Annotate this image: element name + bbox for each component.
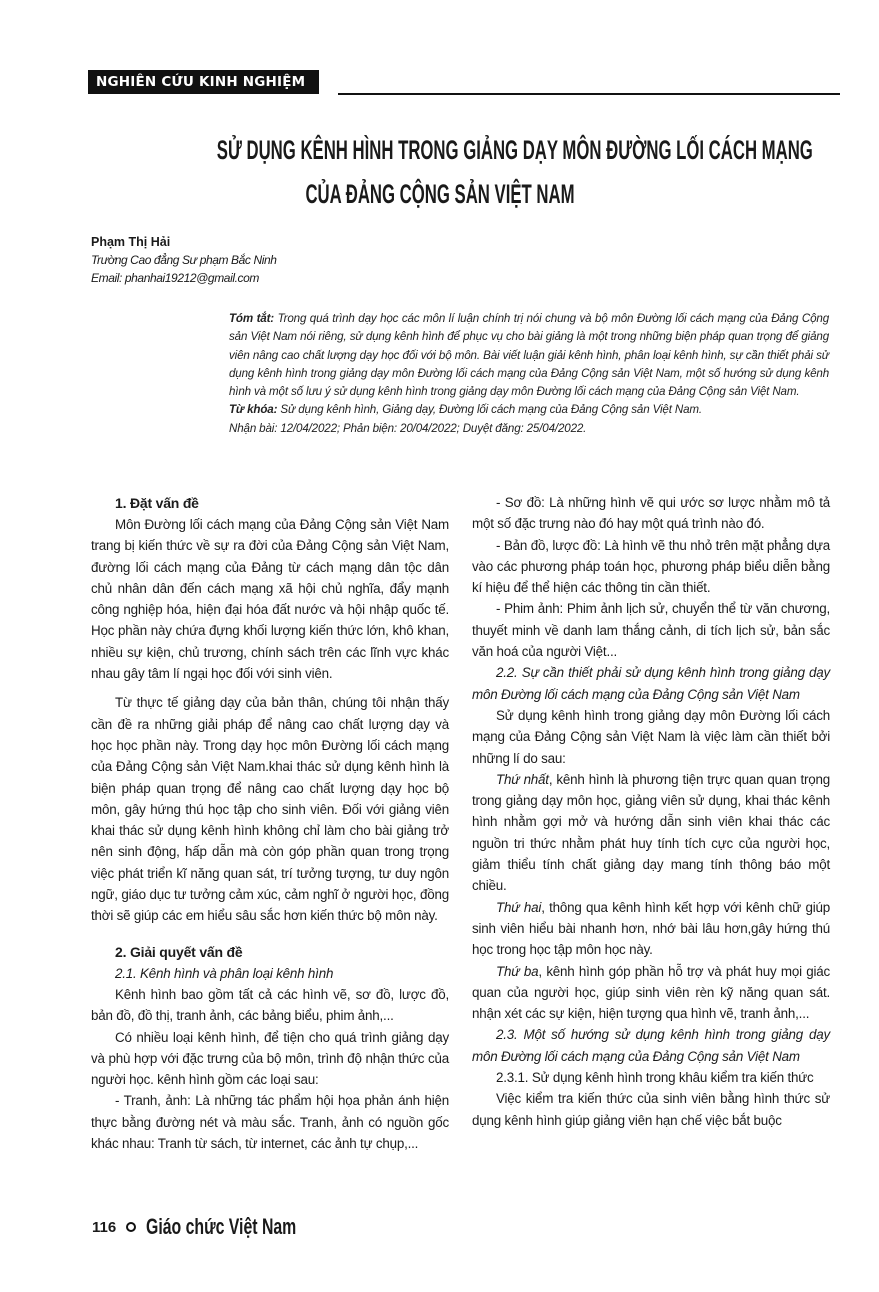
article-title-line-1: SỬ DỤNG KÊNH HÌNH TRONG GIẢNG DẠY MÔN ĐƯ… [217, 128, 663, 172]
lead-third: Thứ ba [496, 964, 538, 979]
paragraph: Sử dụng kênh hình trong giảng dạy môn Đư… [472, 705, 830, 769]
subsection-heading-2-1: 2.1. Kênh hình và phân loại kênh hình [91, 963, 449, 984]
subsection-heading-2-2: 2.2. Sự cần thiết phải sử dụng kênh hình… [472, 662, 830, 705]
paragraph: Thứ nhất, kênh hình là phương tiện trực … [472, 769, 830, 897]
keywords: Từ khóa: Sử dụng kênh hình, Giảng dạy, Đ… [229, 401, 829, 419]
page-number: 116 [92, 1219, 116, 1236]
paragraph: Việc kiểm tra kiến thức của sinh viên bằ… [472, 1088, 830, 1131]
section-label: NGHIÊN CỨU KINH NGHIỆM [88, 70, 319, 94]
paragraph: - Phim ảnh: Phim ảnh lịch sử, chuyển thể… [472, 598, 830, 662]
section-heading-1: 1. Đặt vấn đề [91, 492, 449, 514]
lead-second: Thứ hai [496, 900, 541, 915]
right-column: - Sơ đồ: Là những hình vẽ qui ước sơ lượ… [472, 492, 830, 1131]
paragraph: - Sơ đồ: Là những hình vẽ qui ước sơ lượ… [472, 492, 830, 535]
paragraph: - Tranh, ảnh: Là những tác phẩm hội họa … [91, 1090, 449, 1154]
article-title: SỬ DỤNG KÊNH HÌNH TRONG GIẢNG DẠY MÔN ĐƯ… [217, 128, 663, 216]
article-title-line-2: CỦA ĐẢNG CỘNG SẢN VIỆT NAM [217, 172, 663, 216]
paragraph: Môn Đường lối cách mạng của Đảng Cộng sả… [91, 514, 449, 684]
header-rule [338, 93, 840, 95]
author-name: Phạm Thị Hải [91, 233, 277, 251]
paragraph: Thứ ba, kênh hình góp phần hỗ trợ và phá… [472, 961, 830, 1025]
left-column: 1. Đặt vấn đề Môn Đường lối cách mạng củ… [91, 492, 449, 1154]
subsection-heading-2-3-1: 2.3.1. Sử dụng kênh hình trong khâu kiểm… [472, 1067, 830, 1088]
circle-bullet-icon [126, 1222, 136, 1232]
abstract-text: Trong quá trình dạy học các môn lí luận … [229, 312, 829, 398]
paragraph: - Bản đồ, lược đồ: Là hình vẽ thu nhỏ tr… [472, 535, 830, 599]
paragraph: Có nhiều loại kênh hình, để tiện cho quá… [91, 1027, 449, 1091]
magazine-name: Giáo chức Việt Nam [146, 1214, 296, 1240]
abstract-label: Tóm tắt: [229, 312, 274, 325]
subsection-heading-2-3: 2.3. Một số hướng sử dụng kênh hình tron… [472, 1024, 830, 1067]
keywords-label: Từ khóa: [229, 403, 277, 416]
paragraph: Từ thực tế giảng dạy của bản thân, chúng… [91, 692, 449, 926]
author-email: Email: phanhai19212@gmail.com [91, 269, 277, 287]
author-affiliation: Trường Cao đẳng Sư phạm Bắc Ninh [91, 251, 277, 269]
paragraph: Kênh hình bao gồm tất cả các hình vẽ, sơ… [91, 984, 449, 1027]
submission-dates: Nhận bài: 12/04/2022; Phản biện: 20/04/2… [229, 420, 829, 438]
author-block: Phạm Thị Hải Trường Cao đẳng Sư phạm Bắc… [91, 233, 277, 287]
keywords-text: Sử dụng kênh hình, Giảng dạy, Đường lối … [277, 403, 702, 416]
lead-first: Thứ nhất [496, 772, 549, 787]
abstract: Tóm tắt: Trong quá trình dạy học các môn… [229, 310, 829, 401]
abstract-block: Tóm tắt: Trong quá trình dạy học các môn… [229, 310, 829, 438]
section-header: NGHIÊN CỨU KINH NGHIỆM [88, 70, 840, 94]
page-footer: 116 Giáo chức Việt Nam [92, 1214, 355, 1240]
paragraph: Thứ hai, thông qua kênh hình kết hợp với… [472, 897, 830, 961]
section-heading-2: 2. Giải quyết vấn đề [91, 941, 449, 963]
